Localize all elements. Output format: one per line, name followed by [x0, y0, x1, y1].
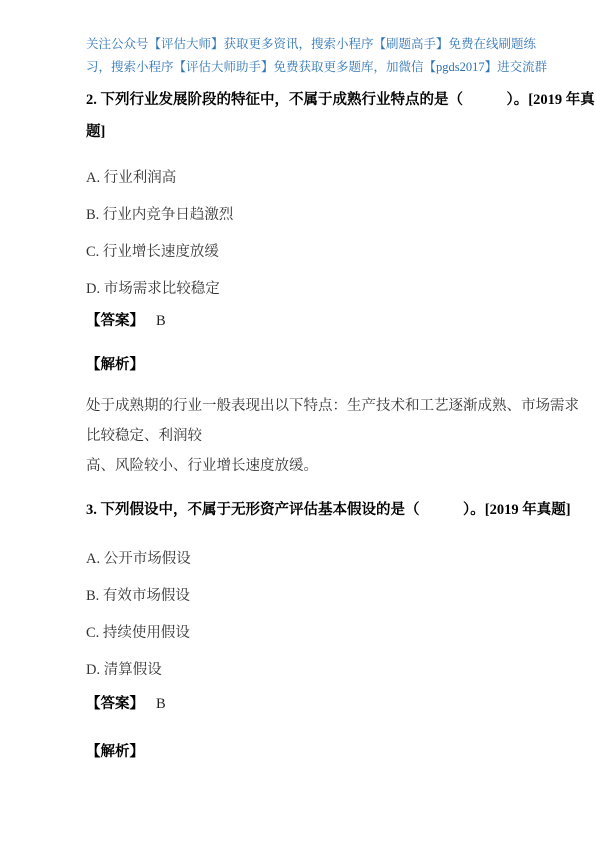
- question-3-analysis-label: 【解析】: [86, 736, 515, 768]
- question-2-analysis-text: 处于成熟期的行业一般表现出以下特点：生产技术和工艺逐渐成熟、市场需求 比较稳定、…: [86, 391, 515, 481]
- question-2-option-b: B. 行业内竞争日趋激烈: [86, 199, 515, 231]
- document-page: 关注公众号【评估大师】获取更多资讯，搜索小程序【刷题高手】免费在线刷题练 习，搜…: [0, 0, 595, 841]
- question-3-answer-value: B: [156, 696, 166, 712]
- question-2-option-d: D. 市场需求比较稳定: [86, 273, 515, 305]
- question-3-text: 3. 下列假设中，不属于无形资产评估基本假设的是（ ）。[2019 年真题]: [86, 494, 515, 526]
- question-2-text: 2. 下列行业发展阶段的特征中，不属于成熟行业特点的是（ ）。[2019 年真 …: [86, 84, 515, 148]
- answer-label: 【答案】: [86, 313, 144, 329]
- question-3-option-c: C. 持续使用假设: [86, 617, 515, 649]
- question-2-answer-line: 【答案】B: [86, 305, 515, 337]
- question-3-option-b: B. 有效市场假设: [86, 580, 515, 612]
- answer-label: 【答案】: [86, 696, 144, 712]
- question-2-answer-value: B: [156, 313, 166, 329]
- question-block-2: 2. 下列行业发展阶段的特征中，不属于成熟行业特点的是（ ）。[2019 年真 …: [86, 84, 515, 481]
- document-header-note: 关注公众号【评估大师】获取更多资讯，搜索小程序【刷题高手】免费在线刷题练 习，搜…: [86, 33, 515, 79]
- question-3-option-a: A. 公开市场假设: [86, 543, 515, 575]
- question-2-option-a: A. 行业利润高: [86, 162, 515, 194]
- question-2-option-c: C. 行业增长速度放缓: [86, 236, 515, 268]
- question-3-option-d: D. 清算假设: [86, 654, 515, 686]
- question-2-analysis-label: 【解析】: [86, 349, 515, 381]
- question-block-3: 3. 下列假设中，不属于无形资产评估基本假设的是（ ）。[2019 年真题] A…: [86, 494, 515, 768]
- question-3-answer-line: 【答案】B: [86, 688, 515, 720]
